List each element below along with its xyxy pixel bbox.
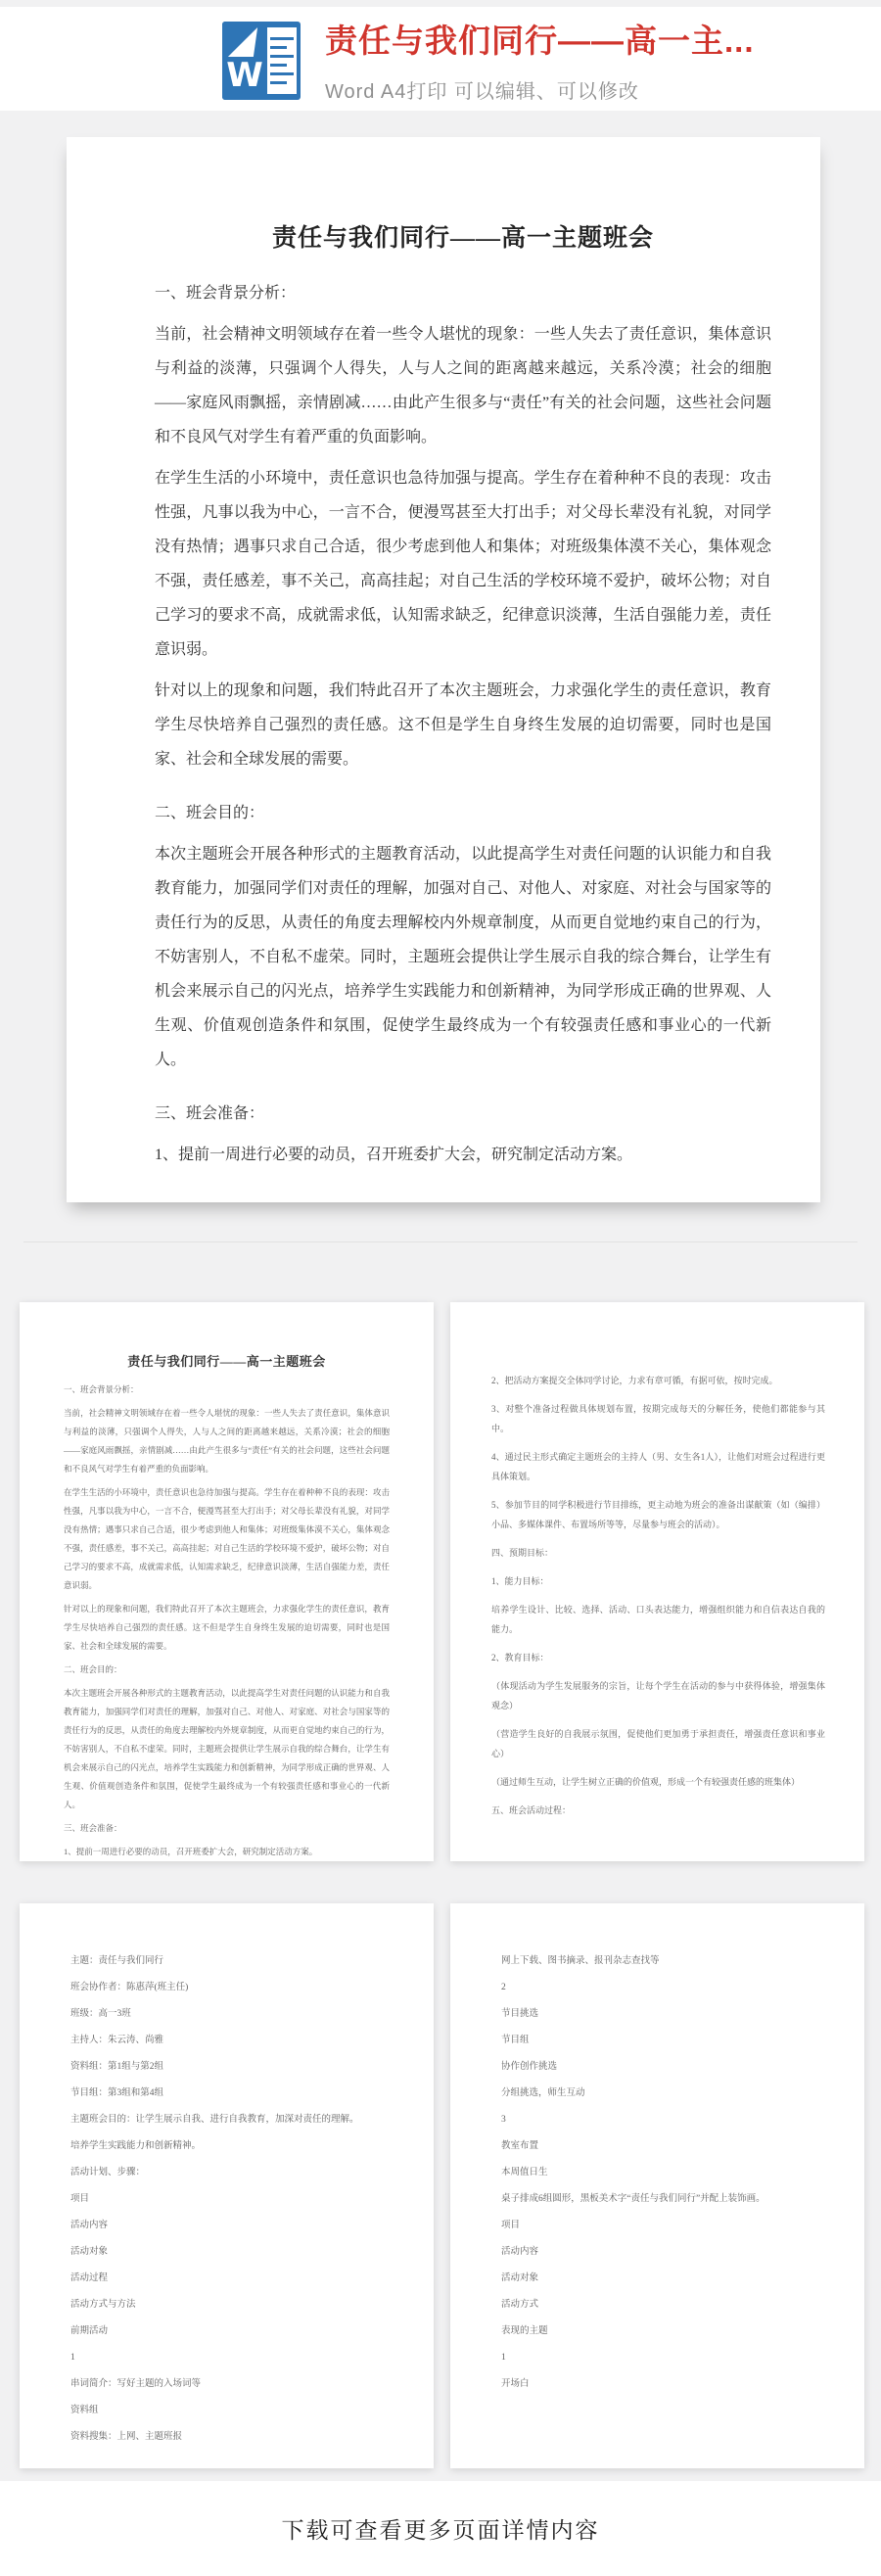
thumb2-line: 五、班会活动过程：	[491, 1801, 825, 1820]
thumbnail-page-2[interactable]: 2、把活动方案提交全体同学讨论，力求有章可循，有据可依，按时完成。 3、对整个准…	[450, 1302, 864, 1861]
thumb4-line: 项目	[501, 2213, 813, 2239]
thumb4-line: 协作创作挑选	[501, 2054, 813, 2081]
thumb1-heading: 一、班会背景分析：	[64, 1381, 390, 1399]
thumb3-line: 资料组：第1组与第2组	[70, 2054, 383, 2081]
paragraph: 针对以上的现象和问题，我们特此召开了本次主题班会，力求强化学生的责任意识，教育学…	[155, 674, 771, 776]
word-file-icon: W	[222, 22, 301, 100]
thumb2-line: 4、通过民主形式确定主题班会的主持人（男、女生各1人），让他们对班会过程进行更具…	[491, 1447, 825, 1486]
section-heading: 三、班会准备：	[155, 1097, 771, 1131]
thumb4-line: 本周值日生	[501, 2160, 813, 2186]
thumbnail-page-1[interactable]: 责任与我们同行——高一主题班会 一、班会背景分析： 当前，社会精神文明领域存在着…	[20, 1302, 434, 1861]
document-subtitle: Word A4打印 可以编辑、可以修改	[325, 75, 873, 104]
thumbnail-page-4[interactable]: 网上下载、图书摘录、报刊杂志查找等 2 节目挑选 节目组 协作创作挑选 分组挑选…	[450, 1903, 864, 2468]
thumb3-line: 资料组	[70, 2398, 383, 2424]
thumb1-heading: 三、班会准备：	[64, 1819, 390, 1838]
thumb4-line: 教室布置	[501, 2133, 813, 2160]
word-icon-sheet	[267, 27, 297, 94]
document-title: 责任与我们同行——高一主...	[325, 21, 873, 62]
thumb3-line: 班会协作者：陈惠萍(班主任)	[70, 1975, 383, 2001]
thumb1-paragraph: 本次主题班会开展各种形式的主题教育活动，以此提高学生对责任问题的认识能力和自我教…	[64, 1684, 390, 1814]
thumb2-line: 四、预期目标：	[491, 1543, 825, 1563]
thumb4-line: 节目组	[501, 2028, 813, 2054]
thumb3-line: 资料搜集：上网、主题班报	[70, 2424, 383, 2451]
thumb1-paragraph: 在学生生活的小环境中，责任意识也急待加强与提高。学生存在着种种不良的表现：攻击性…	[64, 1483, 390, 1595]
footer-hint-text: 下载可查看更多页面详情内容	[282, 2512, 600, 2545]
thumb3-line: 节目组：第3组和第4组	[70, 2081, 383, 2107]
word-icon-fold	[228, 27, 257, 57]
thumb2-line: 2、教育目标：	[491, 1648, 825, 1667]
thumb4-line: 活动内容	[501, 2239, 813, 2266]
thumb3-line: 主题：责任与我们同行	[70, 1948, 383, 1975]
thumb2-line: 2、把活动方案提交全体同学讨论，力求有章可循，有据可依，按时完成。	[491, 1371, 825, 1390]
thumbnail-page-3[interactable]: 主题：责任与我们同行 班会协作者：陈惠萍(班主任) 班级：高一3班 主持人：朱云…	[20, 1903, 434, 2468]
thumb4-line: 开场白	[501, 2371, 813, 2398]
thumb1-paragraph: 1、提前一周进行必要的动员，召开班委扩大会，研究制定活动方案。	[64, 1843, 390, 1861]
thumb3-line: 活动方式与方法	[70, 2292, 383, 2318]
thumb1-paragraph: 针对以上的现象和问题，我们特此召开了本次主题班会，力求强化学生的责任意识，教育学…	[64, 1600, 390, 1656]
thumb3-line: 项目	[70, 2186, 383, 2213]
thumb3-line: 活动对象	[70, 2239, 383, 2266]
thumb3-line: 活动内容	[70, 2213, 383, 2239]
page-footer: 下载可查看更多页面详情内容	[0, 2481, 881, 2576]
paragraph: 当前，社会精神文明领域存在着一些令人堪忧的现象：一些人失去了责任意识，集体意识与…	[155, 317, 771, 454]
word-icon-panel: W	[222, 22, 267, 100]
thumb3-line: 活动计划、步骤：	[70, 2160, 383, 2186]
thumb1-heading: 二、班会目的：	[64, 1661, 390, 1679]
thumb3-line: 前期活动	[70, 2318, 383, 2345]
thumb4-line: 活动方式	[501, 2292, 813, 2318]
thumb4-line: 表现的主题	[501, 2318, 813, 2345]
paragraph: 1、提前一周进行必要的动员，召开班委扩大会，研究制定活动方案。	[155, 1138, 771, 1172]
thumb4-line: 桌子排成6组圆形，黑板美术字“责任与我们同行”并配上装饰画。	[501, 2186, 813, 2213]
thumb2-line: 1、能力目标：	[491, 1571, 825, 1591]
page-header: W 责任与我们同行——高一主... Word A4打印 可以编辑、可以修改	[0, 7, 881, 111]
thumb2-line: （营造学生良好的自我展示氛围，促使他们更加勇于承担责任，增强责任意识和事业心）	[491, 1724, 825, 1763]
thumb2-line: （体现活动为学生发展服务的宗旨，让每个学生在活动的参与中获得体验，增强集体观念）	[491, 1676, 825, 1715]
word-icon-letter: W	[226, 59, 263, 92]
thumb4-line: 网上下载、图书摘录、报刊杂志查找等	[501, 1948, 813, 1975]
thumb2-line: 5、参加节目的同学积极进行节目排练，更主动地为班会的准备出谋献策（如（编排）小品…	[491, 1495, 825, 1534]
thumb2-line: 3、对整个准备过程做具体规划布置，按期完成每天的分解任务，使他们都能参与其中。	[491, 1399, 825, 1438]
thumb2-line: （通过师生互动，让学生树立正确的价值观，形成一个有较强责任感的班集体）	[491, 1772, 825, 1792]
thumb3-line: 串词简介：写好主题的入场词等	[70, 2371, 383, 2398]
paragraph: 本次主题班会开展各种形式的主题教育活动，以此提高学生对责任问题的认识能力和自我教…	[155, 837, 771, 1077]
thumb4-line: 2	[501, 1975, 813, 2001]
thumb3-line: 主持人：朱云涛、尚雅	[70, 2028, 383, 2054]
page1-title: 责任与我们同行——高一主题班会	[155, 221, 771, 257]
thumb3-line: 主题班会目的：让学生展示自我、进行自我教育，加深对责任的理解。	[70, 2107, 383, 2133]
thumb1-paragraph: 当前，社会精神文明领域存在着一些令人堪忧的现象：一些人失去了责任意识，集体意识与…	[64, 1404, 390, 1478]
thumb4-line: 活动对象	[501, 2266, 813, 2292]
thumb4-line: 节目挑选	[501, 2001, 813, 2028]
section-heading: 二、班会目的：	[155, 796, 771, 830]
thumb4-line: 3	[501, 2107, 813, 2133]
thumb3-line: 活动过程	[70, 2266, 383, 2292]
thumb4-line: 分组挑选，师生互动	[501, 2081, 813, 2107]
section-heading: 一、班会背景分析：	[155, 276, 771, 310]
thumb3-line: 培养学生实践能力和创新精神。	[70, 2133, 383, 2160]
thumb1-title: 责任与我们同行——高一主题班会	[64, 1353, 390, 1371]
thumb3-line: 班级：高一3班	[70, 2001, 383, 2028]
thumb2-line: 培养学生设计、比较、选择、活动、口头表达能力，增强组织能力和自信表达自我的能力。	[491, 1600, 825, 1639]
thumb3-line: 1	[70, 2345, 383, 2371]
document-page-1: 责任与我们同行——高一主题班会 一、班会背景分析： 当前，社会精神文明领域存在着…	[67, 137, 820, 1202]
thumb4-line: 1	[501, 2345, 813, 2371]
section-divider	[23, 1241, 858, 1242]
paragraph: 在学生生活的小环境中，责任意识也急待加强与提高。学生存在着种种不良的表现：攻击性…	[155, 461, 771, 667]
